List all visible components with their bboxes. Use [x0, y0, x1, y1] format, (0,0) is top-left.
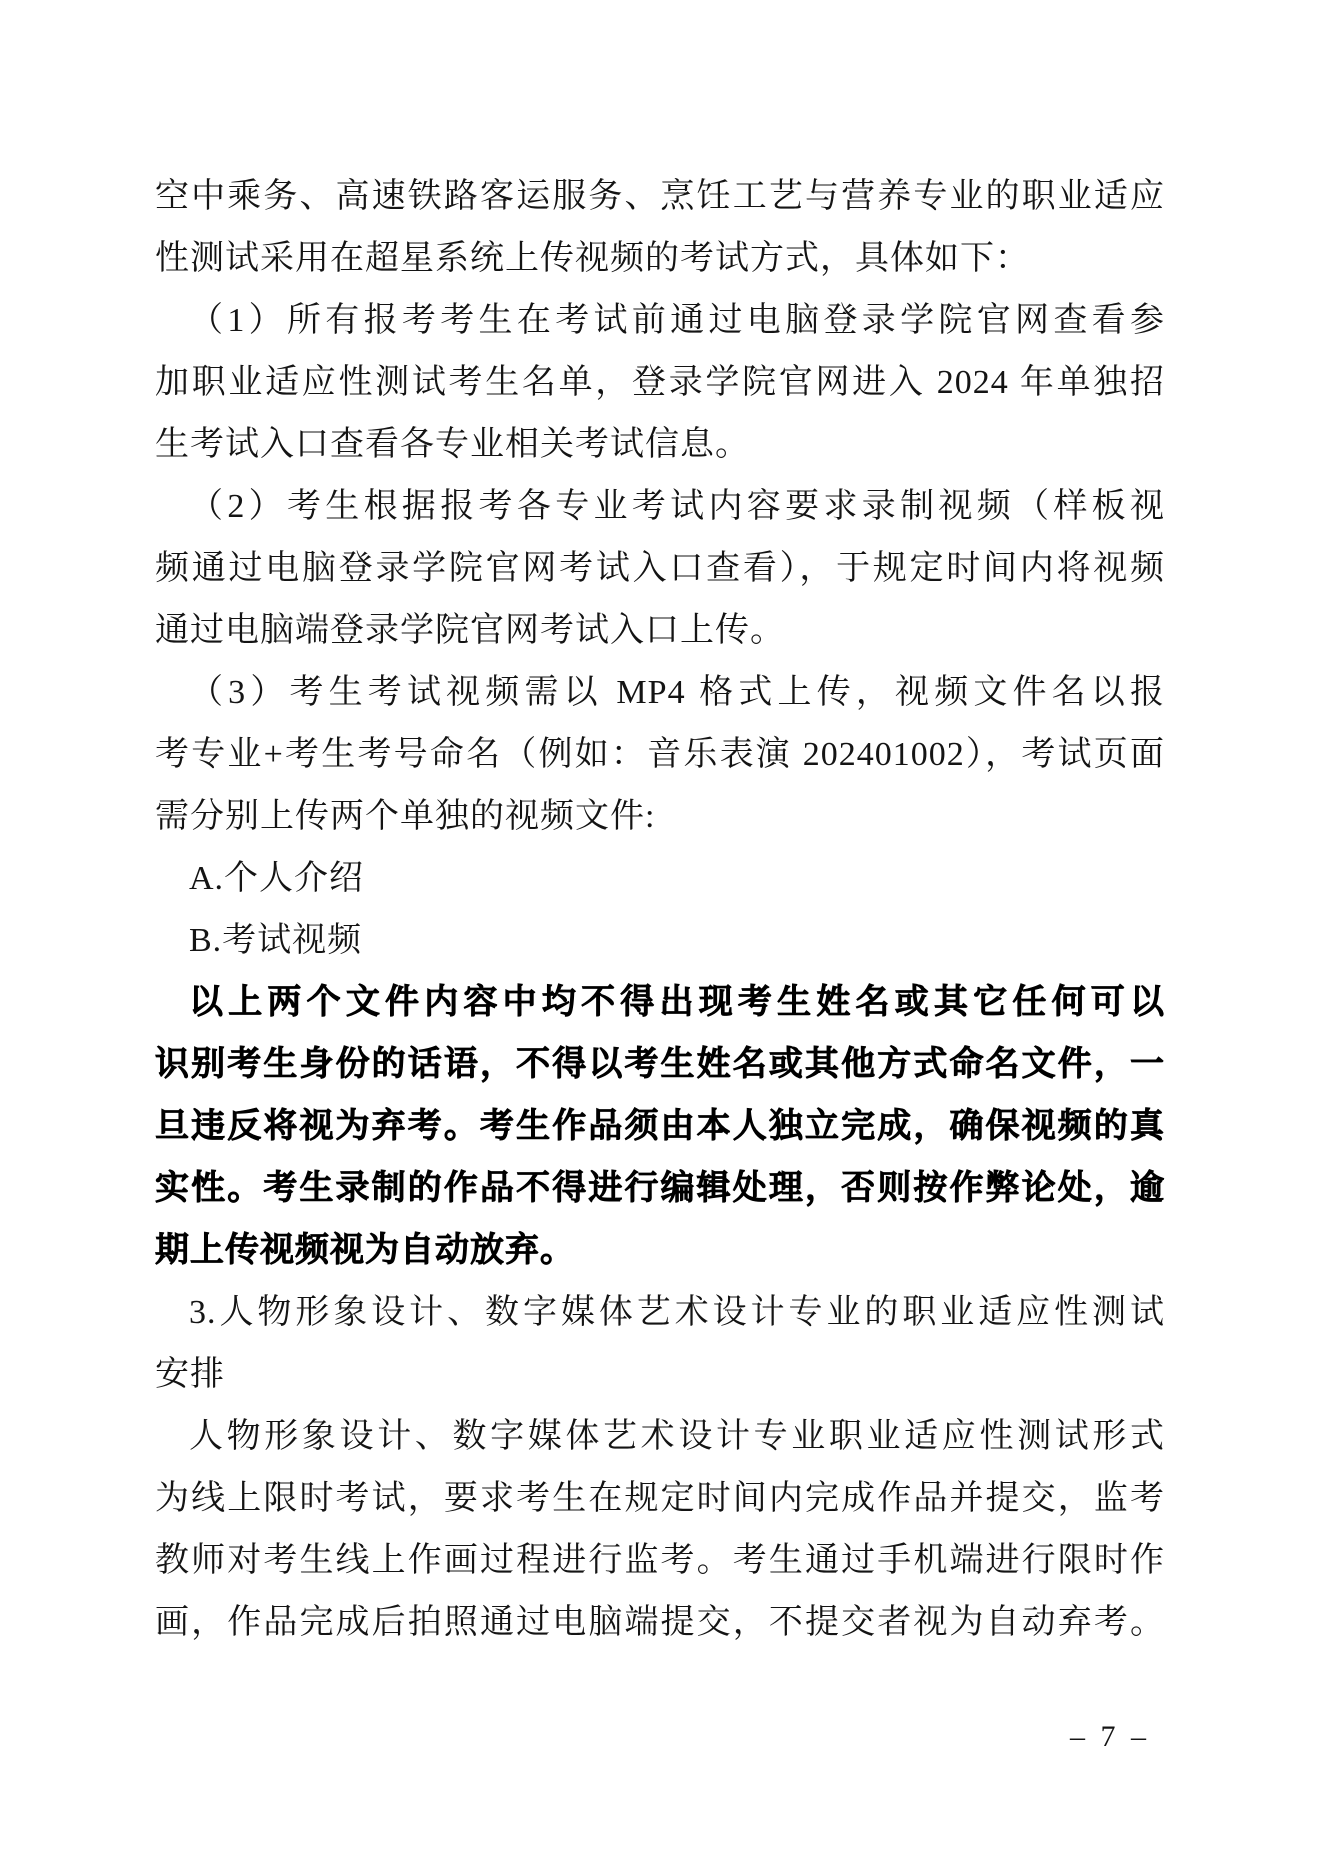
body-line-emphasis: 实性。考生录制的作品不得进行编辑处理，否则按作弊论处，逾: [155, 1158, 1165, 1220]
body-line: （1）所有报考考生在考试前通过电脑登录学院官网查看参: [155, 290, 1165, 352]
body-line-heading-3: 3.人物形象设计、数字媒体艺术设计专业的职业适应性测试: [155, 1282, 1165, 1344]
body-line: （2）考生根据报考各专业考试内容要求录制视频（样板视: [155, 476, 1165, 538]
body-line: 人物形象设计、数字媒体艺术设计专业职业适应性测试形式: [155, 1406, 1165, 1468]
body-line-emphasis: 期上传视频视为自动放弃。: [155, 1220, 1165, 1282]
body-line: （3）考生考试视频需以 MP4 格式上传，视频文件名以报: [155, 662, 1165, 724]
body-line: 考专业+考生考号命名（例如：音乐表演 202401002），考试页面: [155, 724, 1165, 786]
body-line: 画，作品完成后拍照通过电脑端提交，不提交者视为自动弃考。: [155, 1592, 1165, 1654]
body-line-emphasis: 识别考生身份的话语，不得以考生姓名或其他方式命名文件，一: [155, 1034, 1165, 1096]
body-line-emphasis: 以上两个文件内容中均不得出现考生姓名或其它任何可以: [155, 972, 1165, 1034]
body-line: 频通过电脑登录学院官网考试入口查看），于规定时间内将视频: [155, 538, 1165, 600]
body-line: 教师对考生线上作画过程进行监考。考生通过手机端进行限时作: [155, 1530, 1165, 1592]
body-line: 需分别上传两个单独的视频文件:: [155, 786, 1165, 848]
page-number: – 7 –: [1040, 1716, 1180, 1758]
body-line: 通过电脑端登录学院官网考试入口上传。: [155, 600, 1165, 662]
body-line-list-item-a: A.个人介绍: [155, 848, 1165, 910]
body-line: 加职业适应性测试考生名单，登录学院官网进入 2024 年单独招: [155, 352, 1165, 414]
document-body: 空中乘务、高速铁路客运服务、烹饪工艺与营养专业的职业适应 性测试采用在超星系统上…: [155, 166, 1165, 1654]
body-line: 生考试入口查看各专业相关考试信息。: [155, 414, 1165, 476]
body-line: 空中乘务、高速铁路客运服务、烹饪工艺与营养专业的职业适应: [155, 166, 1165, 228]
body-line: 安排: [155, 1344, 1165, 1406]
body-line: 性测试采用在超星系统上传视频的考试方式，具体如下：: [155, 228, 1165, 290]
body-line: 为线上限时考试，要求考生在规定时间内完成作品并提交，监考: [155, 1468, 1165, 1530]
document-page: 空中乘务、高速铁路客运服务、烹饪工艺与营养专业的职业适应 性测试采用在超星系统上…: [0, 0, 1323, 1871]
body-line-emphasis: 旦违反将视为弃考。考生作品须由本人独立完成，确保视频的真: [155, 1096, 1165, 1158]
body-line-list-item-b: B.考试视频: [155, 910, 1165, 972]
